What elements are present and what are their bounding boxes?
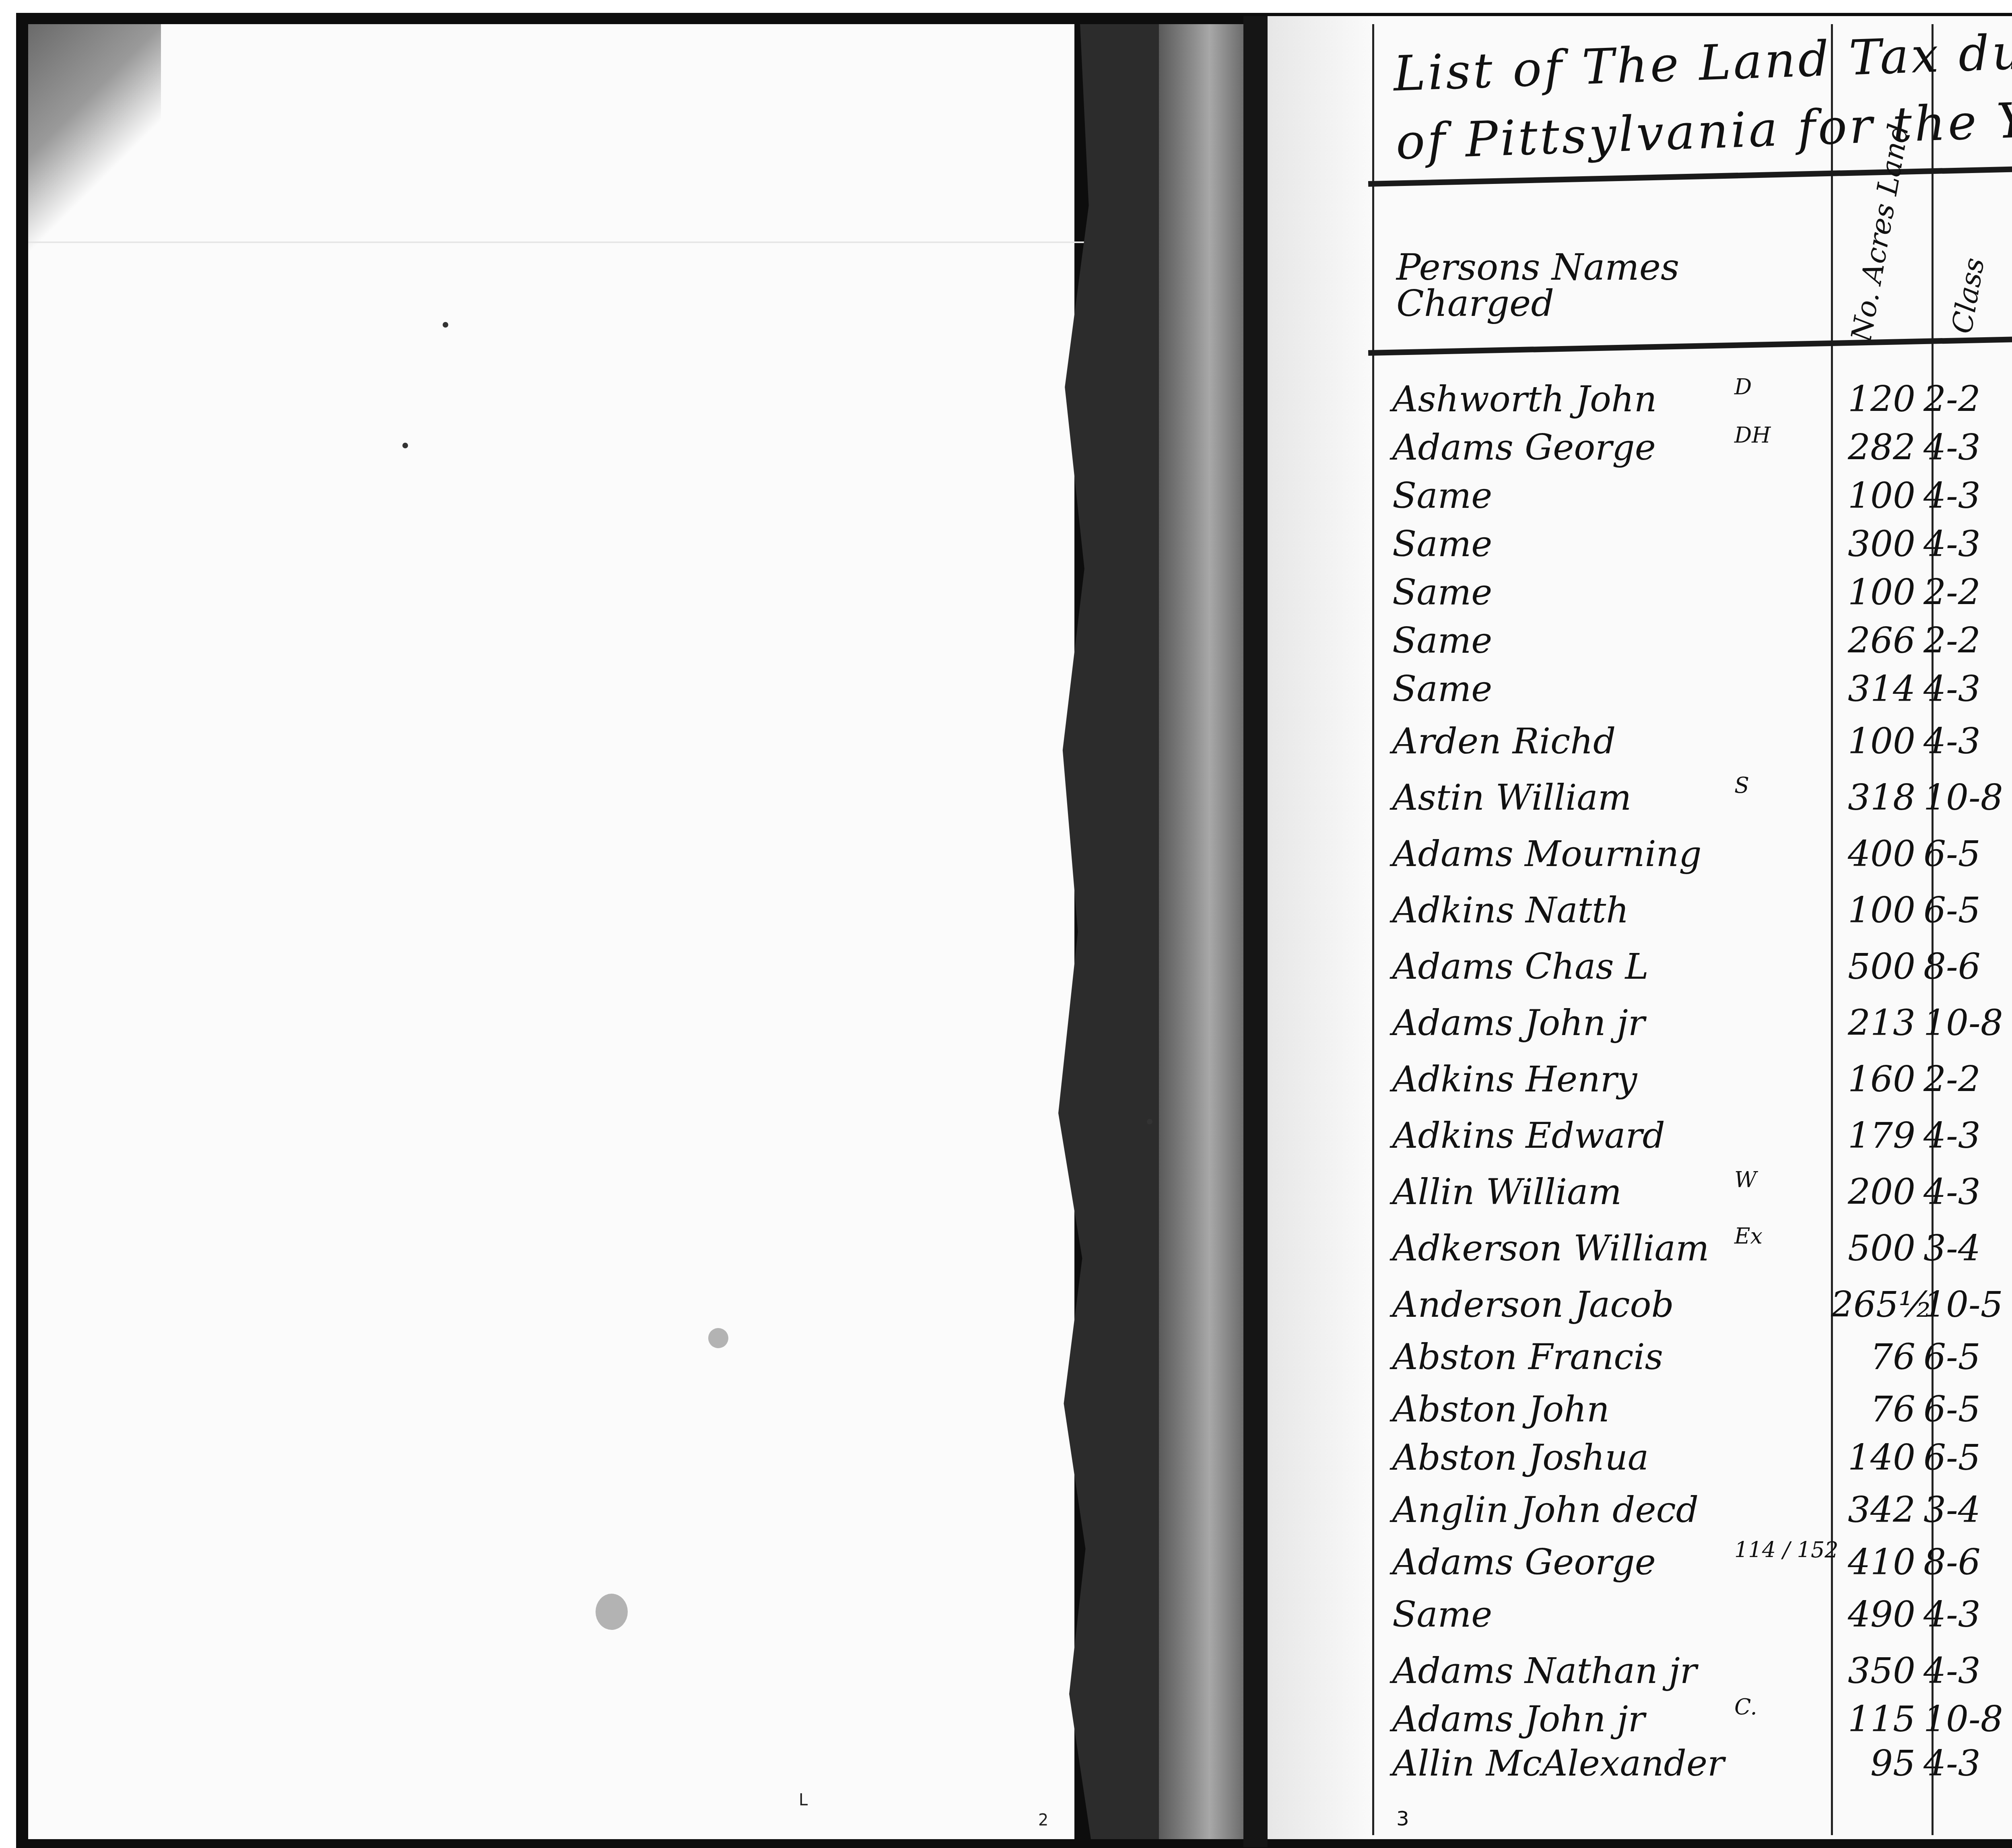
- acres: 140: [1831, 1437, 1915, 1478]
- table-row: Adams Chas L5008-621210-1--: [1368, 946, 2012, 1007]
- acres: 213: [1831, 1002, 1915, 1044]
- table-row: Adkins Natth1006-53218-3-: [1368, 889, 2012, 951]
- acres: 100: [1831, 720, 1915, 762]
- name-annotation: W: [1734, 1167, 1757, 1192]
- class: 10-8: [1923, 777, 2004, 818]
- person-name: Abston John: [1392, 1388, 1610, 1430]
- left-page: [28, 24, 1074, 1839]
- person-name: Same: [1392, 571, 1492, 613]
- right-page-gutter-shade: [1268, 16, 1372, 1839]
- class: 2-2: [1923, 1058, 2004, 1100]
- class: 4-3: [1923, 720, 2004, 762]
- acres: 100: [1831, 889, 1915, 931]
- person-name: Abston Joshua: [1392, 1437, 1649, 1478]
- person-name: Adkins Edward: [1392, 1115, 1665, 1156]
- ink-speck: [1147, 1119, 1152, 1124]
- acres: 76: [1831, 1388, 1915, 1430]
- acres: 266: [1831, 620, 1915, 661]
- person-name: Adams Mourning: [1392, 833, 1702, 874]
- acres: 100: [1831, 475, 1915, 516]
- person-name: Adkins Natth: [1392, 889, 1629, 931]
- person-name: Abston Francis: [1392, 1336, 1663, 1378]
- person-name: Adkerson William: [1392, 1227, 1709, 1269]
- person-name: Same: [1392, 1594, 1492, 1635]
- stain-mark: [596, 1594, 628, 1630]
- class: 6-5: [1923, 1336, 2004, 1378]
- left-page-scan-line: [28, 241, 1095, 243]
- acres: 342: [1831, 1489, 1915, 1530]
- table-row: Arden Richd1004-3215--2-: [1368, 720, 2012, 782]
- class: 10-5: [1923, 1284, 2004, 1325]
- acres: 76: [1831, 1336, 1915, 1378]
- person-name: Adams George: [1392, 427, 1656, 468]
- class: 2-2: [1923, 378, 2004, 420]
- acres: 410: [1831, 1541, 1915, 1583]
- gutter-shadow: [1243, 16, 1268, 1847]
- header-persons-names: Persons Names Charged: [1396, 250, 1758, 322]
- class: 3-4: [1923, 1489, 2004, 1530]
- acres: 100: [1831, 571, 1915, 613]
- left-page-mark-L: L: [799, 1791, 808, 1809]
- acres: 314: [1831, 668, 1915, 709]
- table-row: Astin WilliamS31810-816912--1510½: [1368, 777, 2012, 838]
- acres: 350: [1831, 1650, 1915, 1691]
- header-rule: [1368, 327, 2012, 356]
- person-name: Same: [1392, 620, 1492, 661]
- person-name: Adams Nathan jr: [1392, 1650, 1697, 1691]
- left-page-mark-2: 2: [1038, 1811, 1048, 1829]
- ledger-title: List of The Land Tax due in the County o…: [1392, 3, 2012, 177]
- acres: 200: [1831, 1171, 1915, 1213]
- class: 4-3: [1923, 427, 2004, 468]
- table-row: Adkins Henry1602-21768-17: [1368, 1058, 2012, 1120]
- class: 6-5: [1923, 1437, 2004, 1478]
- land-tax-ledger: List of The Land Tax due in the County o…: [1368, 24, 2012, 1835]
- person-name: Adams John jr: [1392, 1002, 1645, 1044]
- acres: 318: [1831, 777, 1915, 818]
- person-name: Adkins Henry: [1392, 1058, 1637, 1100]
- stain-mark: [708, 1328, 728, 1348]
- class: 4-3: [1923, 1650, 2004, 1691]
- person-name: Anglin John decd: [1392, 1489, 1699, 1530]
- left-page-corner-shadow: [28, 24, 161, 274]
- acres: 115: [1831, 1698, 1915, 1740]
- name-annotation: C.: [1734, 1694, 1757, 1720]
- name-annotation: DH: [1734, 423, 1771, 448]
- book-spine: [1159, 24, 1243, 1839]
- class: 2-2: [1923, 620, 2004, 661]
- name-annotation: Ex: [1734, 1223, 1763, 1249]
- class: 10-8: [1923, 1002, 2004, 1044]
- acres: 120: [1831, 378, 1915, 420]
- class: 4-3: [1923, 668, 2004, 709]
- person-name: Adams George: [1392, 1541, 1656, 1583]
- table-row: Allin WilliamW2004-34210--4-: [1368, 1171, 2012, 1232]
- class: 4-3: [1923, 1594, 2004, 1635]
- class: 6-5: [1923, 889, 2004, 931]
- table-row: Adkins Edward1794-338-9-36½: [1368, 1115, 2012, 1176]
- acres: 265½: [1831, 1284, 1915, 1325]
- table-row: Adkerson WilliamEx5003-48368-710: [1368, 1227, 2012, 1289]
- class: 2-2: [1923, 571, 2004, 613]
- page-number: 3: [1396, 1807, 1409, 1830]
- table-row: Adams Mourning4006-512868-12-: [1368, 833, 2012, 894]
- acres: 160: [1831, 1058, 1915, 1100]
- person-name: Arden Richd: [1392, 720, 1616, 762]
- class: 3-4: [1923, 1227, 2004, 1269]
- ink-speck: [402, 443, 408, 448]
- person-name: Adams John jr: [1392, 1698, 1645, 1740]
- name-annotation: S: [1734, 773, 1749, 798]
- totals-row: 8 12 6¾: [1368, 1775, 2012, 1823]
- acres: 400: [1831, 833, 1915, 874]
- class: 10-8: [1923, 1698, 2004, 1740]
- acres: 300: [1831, 523, 1915, 565]
- acres: 179: [1831, 1115, 1915, 1156]
- person-name: Ashworth John: [1392, 378, 1657, 420]
- person-name: Same: [1392, 668, 1492, 709]
- name-annotation: D: [1734, 374, 1752, 400]
- table-row: Adams John jr21310-811312--1010¼: [1368, 1002, 2012, 1063]
- class: 6-5: [1923, 1388, 2004, 1430]
- name-annotation: 114 / 152: [1734, 1537, 1839, 1563]
- table-row: Same4904-310634-99: [1368, 1594, 2012, 1655]
- class: 4-3: [1923, 1115, 2004, 1156]
- person-name: Same: [1392, 523, 1492, 565]
- person-name: Adams Chas L: [1392, 946, 1649, 987]
- class: 4-3: [1923, 475, 2004, 516]
- ink-speck: [443, 322, 448, 328]
- person-name: Allin William: [1392, 1171, 1622, 1213]
- acres: 500: [1831, 946, 1915, 987]
- person-name: Anderson Jacob: [1392, 1284, 1674, 1325]
- person-name: Astin William: [1392, 777, 1631, 818]
- acres: 282: [1831, 427, 1915, 468]
- class: 6-5: [1923, 833, 2004, 874]
- acres: 500: [1831, 1227, 1915, 1269]
- class: 4-3: [1923, 523, 2004, 565]
- class: 8-6: [1923, 946, 2004, 987]
- acres: 490: [1831, 1594, 1915, 1635]
- class: 4-3: [1923, 1171, 2004, 1213]
- header-class: Class: [1944, 255, 1993, 336]
- class: 8-6: [1923, 1541, 2004, 1583]
- person-name: Same: [1392, 475, 1492, 516]
